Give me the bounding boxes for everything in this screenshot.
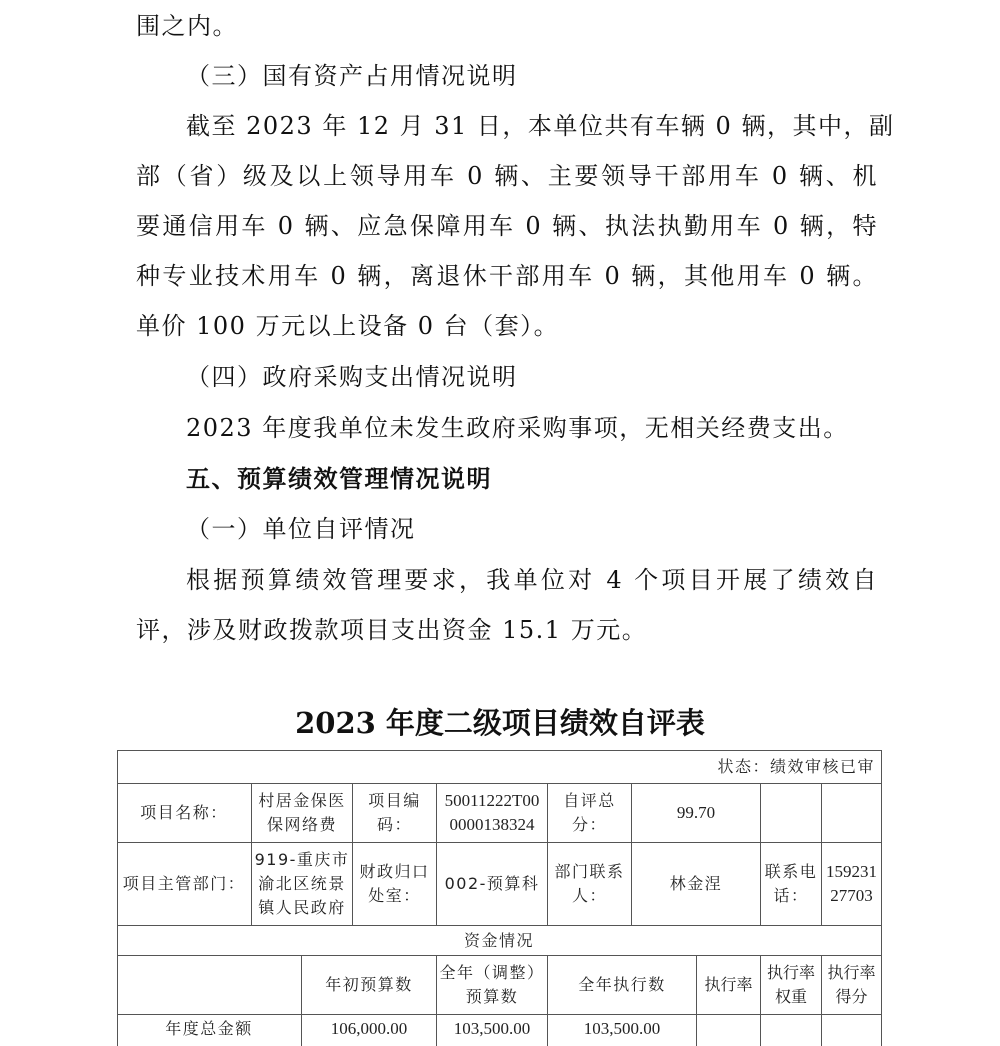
- performance-evaluation-table: 状态：绩效审核已审 项目名称： 村居金保医保网络费 项目编码： 50011222…: [117, 750, 882, 1046]
- paragraph-line: 种专业技术用车 0 辆，离退休干部用车 0 辆，其他用车 0 辆。: [136, 251, 878, 301]
- dept-value: 919-重庆市渝北区统景镇人民政府: [252, 843, 353, 926]
- section-subheading-1: （一）单位自评情况: [186, 504, 416, 554]
- funds-header-initial-budget: 年初预算数: [302, 956, 437, 1015]
- funds-row-exec-rate: [697, 1015, 761, 1046]
- self-score-label: 自评总分：: [548, 784, 632, 843]
- funds-row-exec-weight: [761, 1015, 822, 1046]
- funds-header-exec-rate: 执行率: [697, 956, 761, 1015]
- dept-label: 项目主管部门：: [117, 843, 252, 926]
- paragraph-line: 围之内。: [136, 1, 878, 51]
- section-subheading-3: （三）国有资产占用情况说明: [186, 51, 518, 101]
- status-cell: 状态：绩效审核已审: [117, 750, 882, 784]
- funds-header-blank: [117, 956, 302, 1015]
- project-code-label: 项目编码：: [353, 784, 437, 843]
- paragraph-line: 单价 100 万元以上设备 0 台（套）。: [136, 301, 878, 351]
- paragraph-line: 要通信用车 0 辆、应急保障用车 0 辆、执法执勤用车 0 辆，特: [136, 201, 878, 251]
- project-name-value: 村居金保医保网络费: [252, 784, 353, 843]
- funds-header-adjusted-budget: 全年（调整）预算数: [437, 956, 548, 1015]
- blank-cell: [761, 784, 822, 843]
- finance-office-value: 002-预算科: [437, 843, 548, 926]
- project-name-label: 项目名称：: [117, 784, 252, 843]
- paragraph-line: 2023 年度我单位未发生政府采购事项，无相关经费支出。: [186, 403, 849, 453]
- contact-value: 林金涅: [632, 843, 761, 926]
- section-subheading-4: （四）政府采购支出情况说明: [186, 352, 518, 402]
- project-code-value: 50011222T000000138324: [437, 784, 548, 843]
- section-heading-5: 五、预算绩效管理情况说明: [186, 454, 492, 504]
- funds-header-exec-weight: 执行率权重: [761, 956, 822, 1015]
- phone-value: 15923127703: [822, 843, 882, 926]
- paragraph-line: 根据预算绩效管理要求，我单位对 4 个项目开展了绩效自: [186, 555, 878, 605]
- contact-label: 部门联系人：: [548, 843, 632, 926]
- funds-row-exec-score: [822, 1015, 882, 1046]
- funds-header-executed: 全年执行数: [548, 956, 697, 1015]
- funds-header-exec-score: 执行率得分: [822, 956, 882, 1015]
- table-title: 2023 年度二级项目绩效自评表: [0, 698, 1000, 748]
- self-score-value: 99.70: [632, 784, 761, 843]
- phone-label: 联系电话：: [761, 843, 822, 926]
- funds-row-label: 年度总金额: [117, 1015, 302, 1046]
- paragraph-line: 部（省）级及以上领导用车 0 辆、主要领导干部用车 0 辆、机: [136, 151, 878, 201]
- funds-row-executed: 103,500.00: [548, 1015, 697, 1046]
- funds-section-label: 资金情况: [117, 926, 882, 956]
- finance-office-label: 财政归口处室：: [353, 843, 437, 926]
- funds-row-initial-budget: 106,000.00: [302, 1015, 437, 1046]
- paragraph-line: 评，涉及财政拨款项目支出资金 15.1 万元。: [136, 605, 878, 655]
- funds-row-adjusted-budget: 103,500.00: [437, 1015, 548, 1046]
- paragraph-line: 截至 2023 年 12 月 31 日，本单位共有车辆 0 辆，其中，副: [186, 101, 878, 151]
- blank-cell: [822, 784, 882, 843]
